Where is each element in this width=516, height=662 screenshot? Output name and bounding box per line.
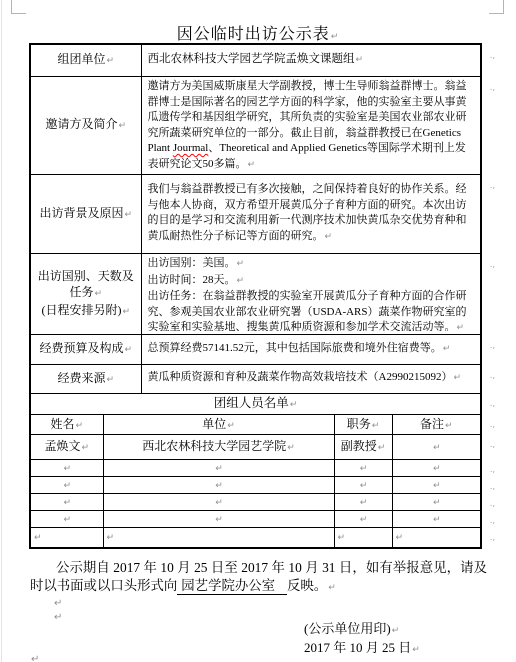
funding-source-label-cell: 经费来源 [31,364,141,393]
member-unit-cell: 西北农林科技大学园艺学院 [103,435,334,460]
budget-value-cell: 总预算经费57141.52元，其中包括国际旅费和境外住宿费等。 [141,334,480,364]
member-unit-cell [103,494,334,511]
budget-label: 经费预算及构成 [39,341,132,355]
visit-background-value-cell: 我们与翁益群教授已有多次接触，之间保持着良好的协作关系。经与他本人协商，双方希望… [141,174,480,253]
member-row-empty [31,477,480,494]
paragraph-mark [30,649,39,662]
member-name [33,529,42,543]
margin-crop-mark-top-left [11,13,26,14]
table-row: 组团单位 西北农林科技大学园艺学院孟焕文课题组 [31,45,480,76]
member-unit: 西北农林科技大学园艺学院 [142,439,295,453]
page-left-edge [1,0,2,662]
visit-background-text: 我们与翁益群教授已有多次接触，之间保持着良好的协作关系。经与他本人协商，双方希望… [148,183,467,242]
inviter-intro-label-cell: 邀请方及简介 [31,76,141,174]
member-position-cell [334,460,392,477]
member-unit-cell [103,528,334,547]
member-row-empty [31,460,480,477]
member-note-cell [392,494,480,511]
member-name-cell: 孟焕文 [31,435,103,460]
date-line: 2017 年 10 月 25 日 [304,640,420,659]
stamp-note: (公示单位用印) [304,621,420,640]
member-name-cell [31,460,103,477]
funding-source-value-cell: 黄瓜种质资源和育种及蔬菜作物高效栽培技术（A2990215092） [141,364,480,393]
visit-country-days-tasks-label-cell: 出访国别、天数及任务 (日程安排另附) [31,253,141,334]
member-position-cell: 副教授 [334,435,392,460]
header-note-text: 备注 [420,417,453,431]
visit-background-label: 出访背景及原因 [39,206,132,220]
visit-country-days-tasks-value-cell: 出访国别：美国。 出访时间：28天。 出访任务：在翁益群教授的实验室开展黄瓜分子… [141,253,480,334]
inviter-intro-label: 邀请方及简介 [45,117,126,131]
misspelled-word: Jourmal [173,142,208,154]
paragraph-mark [53,607,62,625]
member-name [62,511,71,525]
margin-crop-mark-top-right [503,0,504,14]
group-unit-label-cell: 组团单位 [31,45,141,76]
team-section-title-cell: 团组人员名单 [31,394,480,415]
notice-text-end: 反映。 [287,578,336,593]
group-unit-value: 西北农林科技大学园艺学院孟焕文课题组 [148,53,364,65]
team-section-title: 团组人员名单 [214,396,298,410]
visit-background-label-cell: 出访背景及原因 [31,174,141,253]
group-unit-label: 组团单位 [57,52,114,66]
document-title-text: 因公临时出访公示表 [177,26,340,43]
header-unit: 单位 [103,415,334,435]
member-position-cell [334,511,392,528]
table-row: 出访国别、天数及任务 (日程安排另附) 出访国别：美国。 出访时间：28天。 出… [31,253,480,334]
member-note [432,477,441,491]
visit-duration-line: 出访时间：28天。 [148,273,475,290]
member-note-cell [392,435,480,460]
visit-task-line: 出访任务：在翁益群教授的实验室开展黄瓜分子育种方面的合作研究、参观美国农业部农业… [148,289,475,331]
table-row: 经费预算及构成 总预算经费57141.52元，其中包括国际旅费和境外住宿费等。 [31,334,480,364]
member-unit-cell [103,511,334,528]
table-row: 经费来源 黄瓜种质资源和育种及蔬菜作物高效栽培技术（A2990215092） [31,364,480,393]
table-row: 出访背景及原因 我们与翁益群教授已有多次接触，之间保持着良好的协作关系。经与他本… [31,174,480,253]
member-position-cell [334,528,392,547]
schedule-attached-note: (日程安排另附) [33,302,139,320]
member-note [395,529,404,543]
document-title: 因公临时出访公示表 [0,21,516,44]
member-name: 孟焕文 [44,439,89,453]
member-name-cell [31,494,103,511]
visit-background-value: 我们与翁益群教授已有多次接触，之间保持着良好的协作关系。经与他本人协商，双方希望… [148,182,475,245]
member-unit [214,511,223,525]
member-position [337,529,346,543]
member-name-cell [31,528,103,547]
member-note [432,494,441,508]
word-document-page: { "doc": { "title": "因公临时出访公示表" }, "form… [0,0,516,662]
member-note [432,439,441,453]
inviter-intro-value: 邀请方为美国威斯康星大学副教授，博士生导师翁益群博士。翁益群博士是国际著名的园艺… [148,79,475,171]
member-unit-cell [103,477,334,494]
member-name [62,460,71,474]
header-name-text: 姓名 [50,417,83,431]
member-position-cell [334,494,392,511]
member-unit [214,477,223,491]
member-note-cell [392,528,480,547]
header-note: 备注 [392,415,480,435]
member-name-cell [31,477,103,494]
member-unit [106,529,115,543]
member-name [62,494,71,508]
visit-country-days-tasks-label: 出访国别、天数及任务 [33,268,139,302]
member-note-cell [392,477,480,494]
member-position [359,511,368,525]
member-position [359,494,368,508]
header-position-text: 职务 [347,417,380,431]
funding-source-value: 黄瓜种质资源和育种及蔬菜作物高效栽培技术（A2990215092） [148,371,462,383]
member-position-cell [334,477,392,494]
member-row: 孟焕文 西北农林科技大学园艺学院 副教授 [31,435,480,460]
member-unit [214,494,223,508]
header-unit-text: 单位 [202,417,235,431]
notice-form-table: 组团单位 西北农林科技大学园艺学院孟焕文课题组 邀请方及简介 邀请方为美国威斯康… [29,43,482,549]
member-row-empty [31,511,480,528]
table-row: 邀请方及简介 邀请方为美国威斯康星大学副教授，博士生导师翁益群博士。翁益群博士是… [31,76,480,174]
member-note-cell [392,511,480,528]
member-position [359,460,368,474]
team-member-table: 团组人员名单 姓名 单位 职务 备注 孟焕文 西北农林科技大学园艺学院 副教授 [31,394,480,547]
budget-label-cell: 经费预算及构成 [31,334,141,364]
stamp-block: (公示单位用印) 2017 年 10 月 25 日 [304,621,420,658]
inviter-intro-value-cell: 邀请方为美国威斯康星大学副教授，博士生导师翁益群博士。翁益群博士是国际著名的园艺… [141,76,480,174]
member-unit [214,460,223,474]
margin-crop-mark-top-right [489,13,504,14]
member-row-empty [31,528,480,547]
member-position: 副教授 [341,439,386,453]
table-row: 团组人员名单 [31,394,480,415]
visit-country-line: 出访国别：美国。 [148,256,475,273]
header-name: 姓名 [31,415,103,435]
visit-country-days-tasks-value: 出访国别：美国。 出访时间：28天。 出访任务：在翁益群教授的实验室开展黄瓜分子… [148,256,475,331]
member-unit-cell [103,460,334,477]
member-name [62,477,71,491]
budget-value: 总预算经费57141.52元，其中包括国际旅费和境外住宿费等。 [148,342,451,354]
member-row-empty [31,494,480,511]
header-position: 职务 [334,415,392,435]
form-upper-table: 组团单位 西北农林科技大学园艺学院孟焕文课题组 邀请方及简介 邀请方为美国威斯康… [31,45,480,394]
member-note [432,460,441,474]
member-position [359,477,368,491]
funding-source-label: 经费来源 [57,371,114,385]
table-header-row: 姓名 单位 职务 备注 [31,415,480,435]
group-unit-value-cell: 西北农林科技大学园艺学院孟焕文课题组 [141,45,480,76]
margin-crop-mark-top-left [11,0,12,14]
member-note [432,511,441,525]
member-name-cell [31,511,103,528]
member-note-cell [392,460,480,477]
public-notice-paragraph: 公示期自 2017 年 10 月 25 日至 2017 年 10 月 31 日，… [30,559,487,597]
office-name-underlined: 园艺学院办公室 [177,578,287,595]
